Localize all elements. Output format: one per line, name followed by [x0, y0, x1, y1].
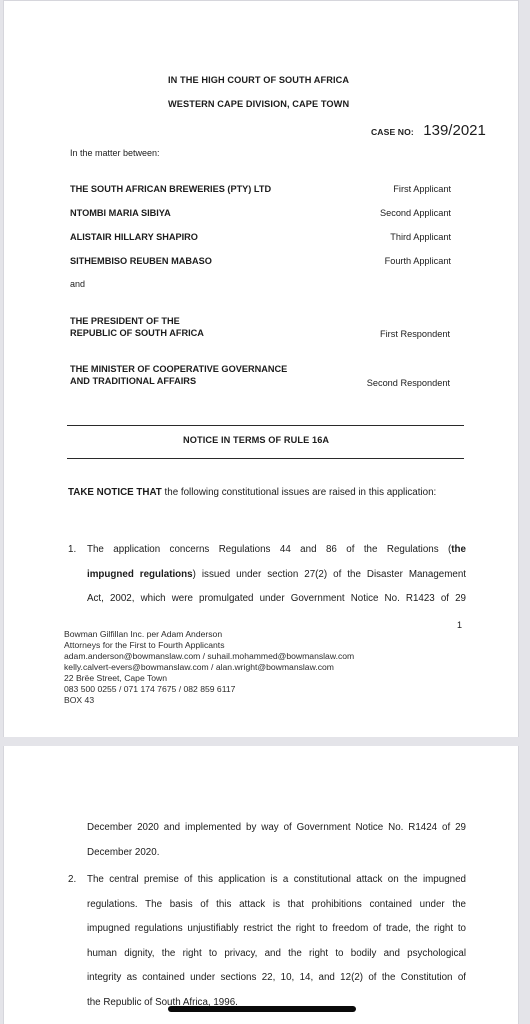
- court-title: IN THE HIGH COURT OF SOUTH AFRICA: [168, 75, 349, 85]
- applicant-role: Third Applicant: [390, 232, 451, 242]
- paragraph-line: The central premise of this application …: [68, 868, 466, 893]
- paragraph-line: integrity as contained under sections 22…: [68, 966, 466, 991]
- take-notice-rest: the following constitutional issues are …: [162, 487, 436, 498]
- paragraph-1-continuation: December 2020 and implemented by way of …: [68, 816, 466, 865]
- footer-box: BOX 43: [64, 695, 354, 706]
- footer-line: Bowman Gilfillan Inc. per Adam Anderson: [64, 629, 354, 640]
- case-number: CASE NO: 139/2021: [371, 122, 486, 140]
- bold-run: impugned regulations: [87, 569, 193, 580]
- paragraph-line: human dignity, the right to privacy, and…: [68, 942, 466, 967]
- applicant-role: Fourth Applicant: [385, 256, 451, 266]
- respondent-name: THE MINISTER OF COOPERATIVE GOVERNANCE A…: [70, 363, 287, 387]
- text-run: ) issued under section 27(2) of the Disa…: [193, 569, 466, 580]
- applicant-name: ALISTAIR HILLARY SHAPIRO: [70, 231, 198, 243]
- footer-line: Attorneys for the First to Fourth Applic…: [64, 640, 354, 651]
- paragraph-1: 1. The application concerns Regulations …: [68, 538, 466, 612]
- text-run: The application concerns Regulations 44 …: [87, 544, 451, 555]
- paragraph-line: regulations. The basis of this attack is…: [68, 893, 466, 918]
- respondent-name-line: AND TRADITIONAL AFFAIRS: [70, 375, 287, 387]
- respondent-name-line: THE PRESIDENT OF THE: [70, 315, 204, 327]
- paragraph-line: impugned regulations) issued under secti…: [68, 563, 466, 588]
- footer-phone: 083 500 0255 / 071 174 7675 / 082 859 61…: [64, 684, 354, 695]
- footer-email: adam.anderson@bowmanslaw.com / suhail.mo…: [64, 651, 354, 662]
- and-label: and: [70, 279, 85, 289]
- paragraph-line: impugned regulations unjustifiably restr…: [68, 917, 466, 942]
- take-notice-sentence: TAKE NOTICE THAT the following constitut…: [68, 487, 436, 498]
- matter-between: In the matter between:: [70, 148, 160, 158]
- divider-bottom: [67, 458, 464, 459]
- paragraph-2: 2. The central premise of this applicati…: [68, 868, 466, 1015]
- case-no-value: 139/2021: [423, 122, 486, 139]
- court-division: WESTERN CAPE DIVISION, CAPE TOWN: [168, 99, 349, 109]
- paragraph-line: December 2020 and implemented by way of …: [68, 816, 466, 841]
- respondent-name-line: REPUBLIC OF SOUTH AFRICA: [70, 327, 204, 339]
- respondent-name-line: THE MINISTER OF COOPERATIVE GOVERNANCE: [70, 363, 287, 375]
- attorney-footer: Bowman Gilfillan Inc. per Adam Anderson …: [64, 629, 354, 706]
- respondent-role: First Respondent: [380, 329, 450, 339]
- applicant-name: NTOMBI MARIA SIBIYA: [70, 207, 171, 219]
- bold-run: the: [451, 544, 466, 555]
- notice-title: NOTICE IN TERMS OF RULE 16A: [183, 435, 329, 445]
- paragraph-line: The application concerns Regulations 44 …: [68, 538, 466, 563]
- case-no-label: CASE NO:: [371, 127, 414, 137]
- paragraph-number: 2.: [68, 868, 76, 893]
- respondent-role: Second Respondent: [367, 378, 450, 388]
- paragraph-number: 1.: [68, 538, 76, 563]
- document-page-1: IN THE HIGH COURT OF SOUTH AFRICA WESTER…: [3, 0, 519, 737]
- applicant-name: SITHEMBISO REUBEN MABASO: [70, 255, 212, 267]
- paragraph-line: December 2020.: [68, 841, 466, 866]
- applicant-role: First Applicant: [393, 184, 451, 194]
- footer-address: 22 Brëe Street, Cape Town: [64, 673, 354, 684]
- applicant-name: THE SOUTH AFRICAN BREWERIES (PTY) LTD: [70, 183, 271, 195]
- respondent-name: THE PRESIDENT OF THE REPUBLIC OF SOUTH A…: [70, 315, 204, 339]
- divider-top: [67, 425, 464, 426]
- take-notice-bold: TAKE NOTICE THAT: [68, 487, 162, 498]
- page-number: 1: [457, 620, 462, 630]
- paragraph-line: Act, 2002, which were promulgated under …: [68, 587, 466, 612]
- home-indicator[interactable]: [168, 1006, 356, 1012]
- applicant-role: Second Applicant: [380, 208, 451, 218]
- footer-email: kelly.calvert-evers@bowmanslaw.com / ala…: [64, 662, 354, 673]
- document-page-2: December 2020 and implemented by way of …: [3, 746, 519, 1024]
